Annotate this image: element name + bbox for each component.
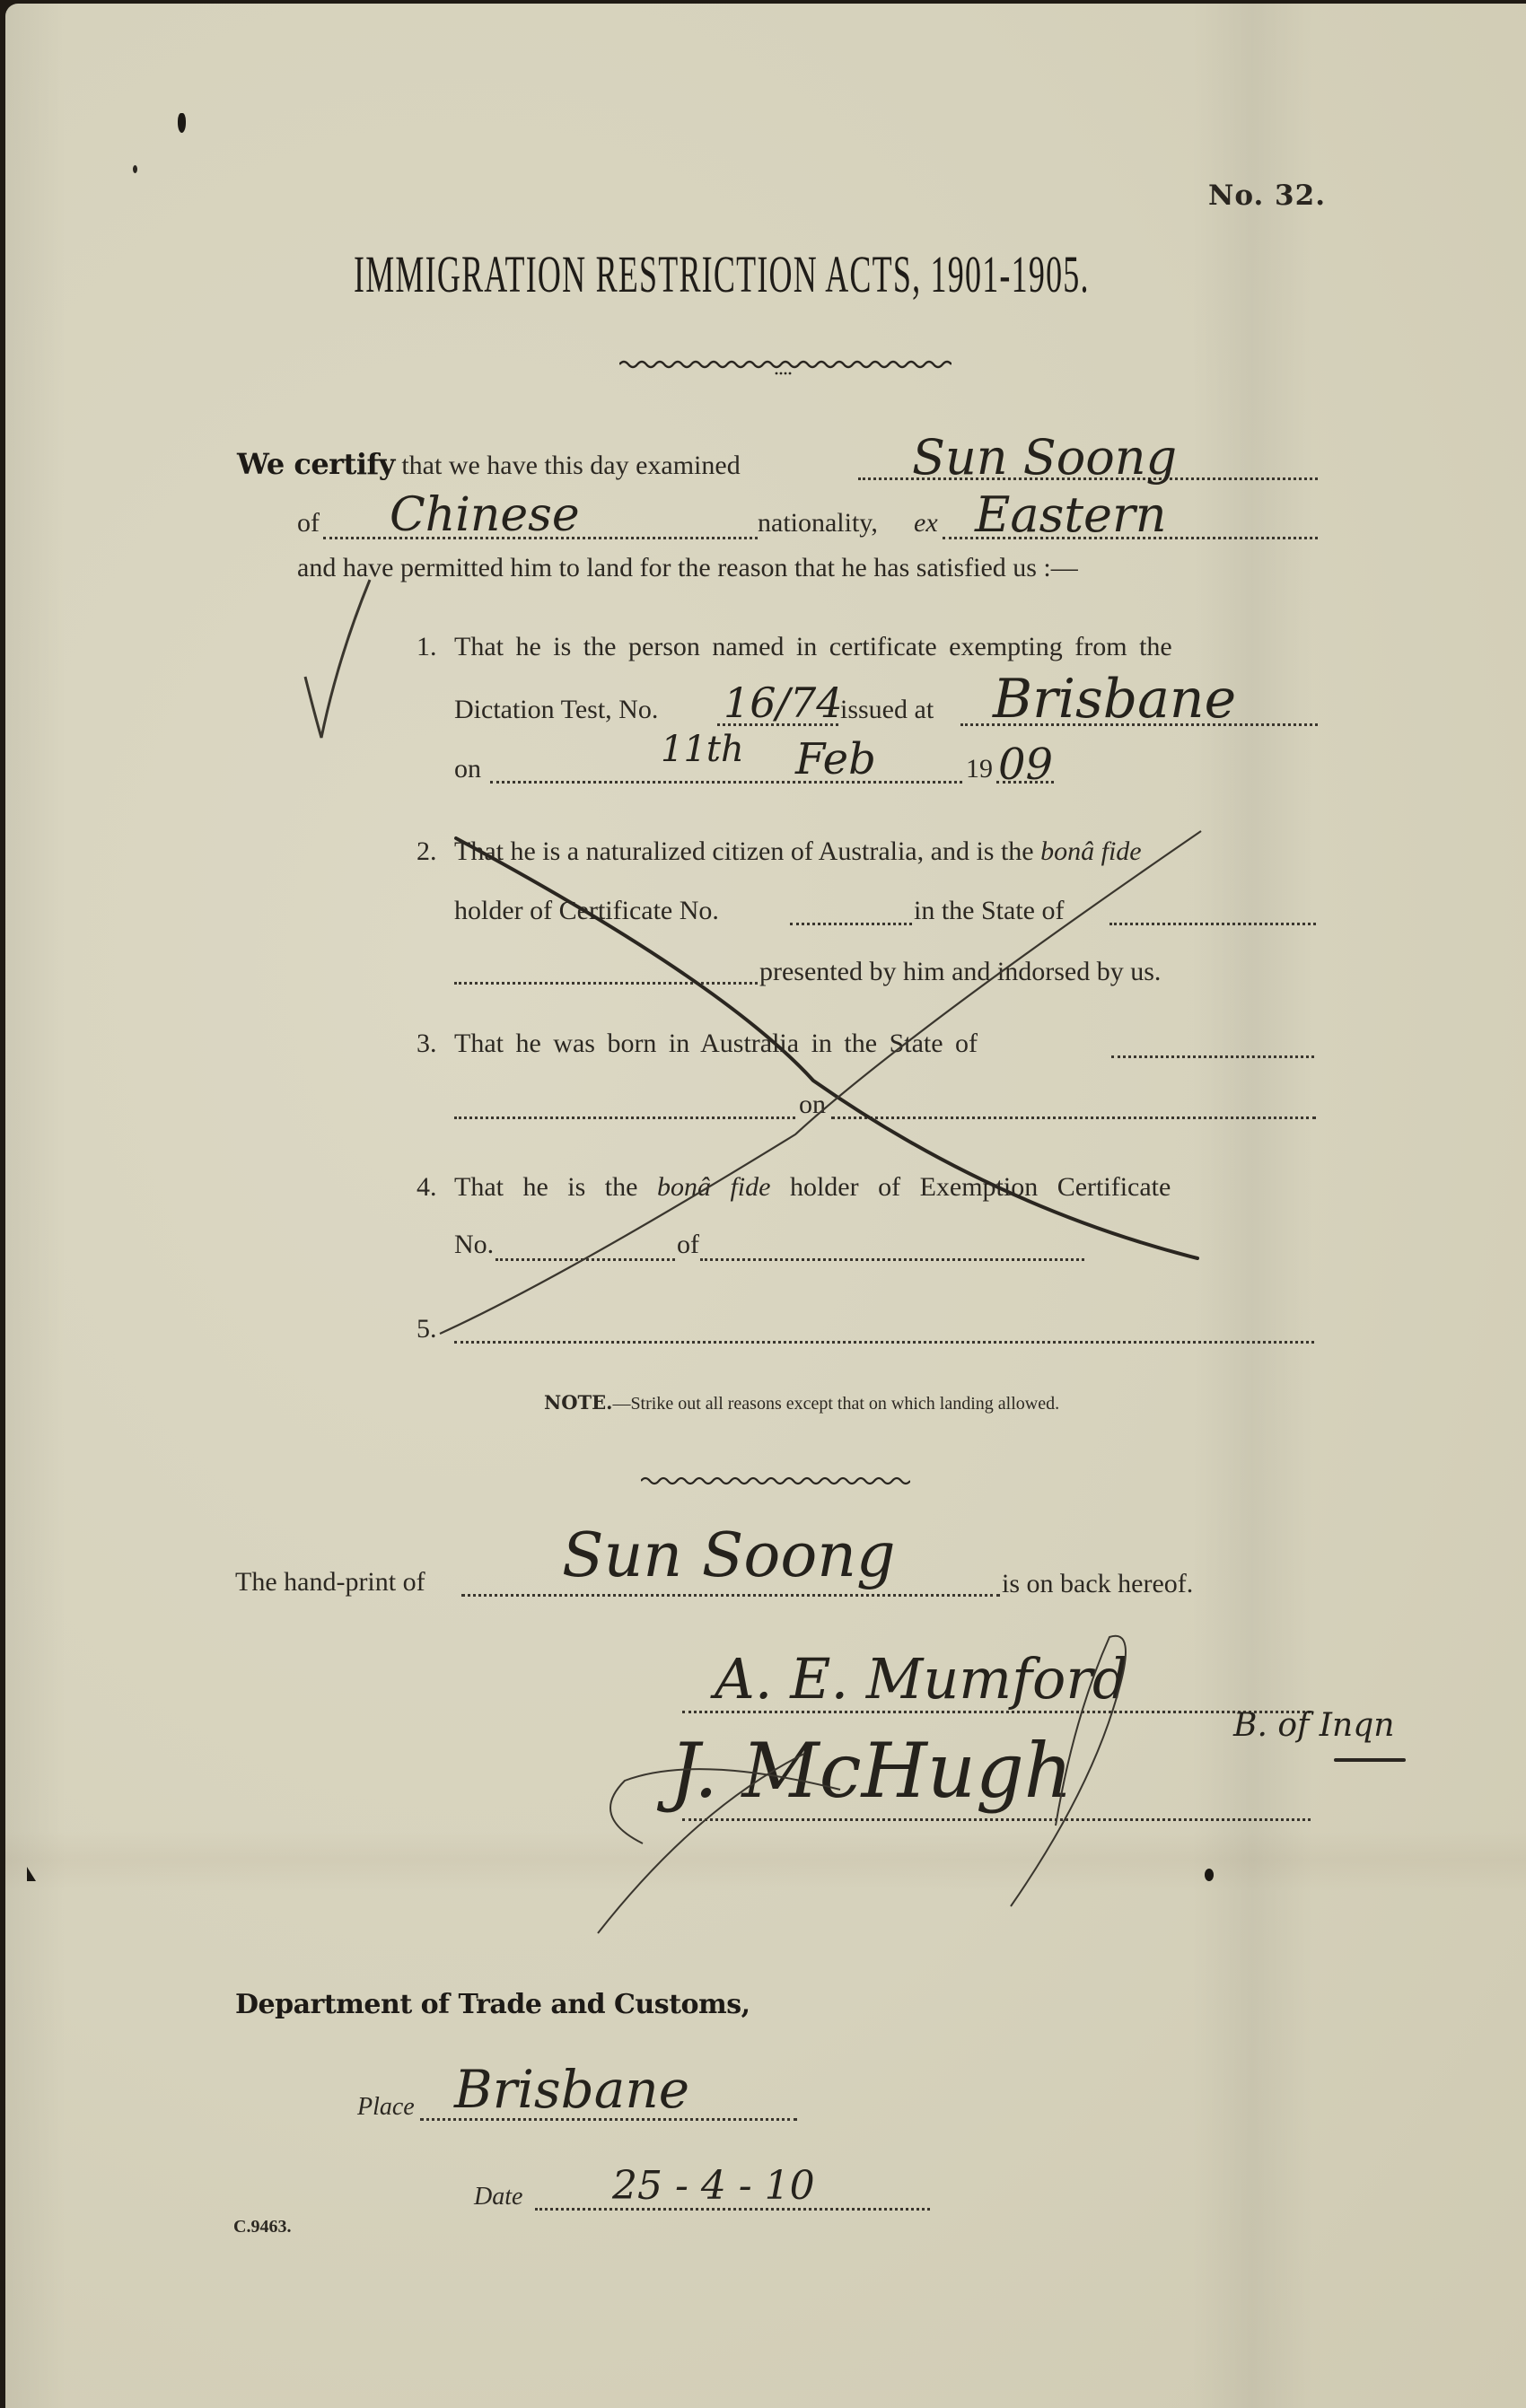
certify-line: We certify that we have this day examine…	[237, 447, 741, 481]
dictation-test-number-value: 16/74	[724, 679, 843, 727]
department-name: Department of Trade and Customs,	[235, 1989, 750, 2020]
reason-2-line2b: in the State of	[914, 896, 1064, 926]
reason-4-line1: That he is the bonâ fide holder of Exemp…	[454, 1172, 1171, 1203]
certify-text: that we have this day examined	[401, 451, 740, 480]
of-label: of	[297, 508, 320, 539]
pin-hole	[27, 1867, 36, 1881]
reason-4-number: 4.	[417, 1172, 437, 1203]
handprint-suffix: is on back hereof.	[1002, 1569, 1193, 1599]
reason-1-line1: That he is the person named in certifica…	[454, 632, 1172, 662]
date-value: 25 - 4 - 10	[612, 2163, 815, 2209]
date-label: Date	[474, 2183, 522, 2211]
pin-hole	[1205, 1869, 1214, 1881]
reason-2-line2a: holder of Certificate No.	[454, 896, 719, 926]
reason-1-number: 1.	[417, 632, 437, 662]
reason-4-no-label: No.	[454, 1230, 494, 1260]
document-page: No. 32. IMMIGRATION RESTRICTION ACTS, 19…	[5, 4, 1526, 2408]
checkmark-icon	[302, 578, 373, 744]
issued-at-value: Brisbane	[993, 668, 1236, 731]
reason-3-on-label: on	[799, 1090, 826, 1120]
decorative-rule	[641, 1475, 910, 1488]
nationality-label: nationality,	[758, 508, 878, 539]
place-label: Place	[357, 2093, 415, 2122]
reason-4-of-label: of	[677, 1230, 699, 1260]
certificate-no-field[interactable]	[790, 923, 912, 925]
handprint-name-value: Sun Soong	[562, 1520, 896, 1591]
decorative-rule	[619, 359, 952, 372]
note: NOTE.—Strike out all reasons except that…	[544, 1391, 1059, 1414]
issued-at-label: issued at	[840, 695, 934, 725]
reason-2-text-a: That he is a naturalized citizen of Aust…	[454, 836, 1034, 866]
birth-state-field[interactable]	[1111, 1055, 1314, 1058]
signature-1: A. E. Mumford	[715, 1646, 1128, 1712]
ex-label: ex	[914, 508, 938, 539]
on-label: on	[454, 754, 481, 784]
state-field[interactable]	[1109, 923, 1316, 925]
page-title: IMMIGRATION RESTRICTION ACTS, 1901-1905.	[354, 244, 1166, 304]
nationality-value: Chinese	[390, 488, 580, 542]
reason-2-number: 2.	[417, 836, 437, 867]
reason-3-number: 3.	[417, 1029, 437, 1059]
issued-day-value: 11th	[661, 729, 744, 770]
exemption-of-field[interactable]	[700, 1258, 1084, 1261]
handprint-name-field[interactable]	[461, 1594, 1000, 1597]
note-label: NOTE.	[544, 1391, 612, 1414]
issued-date-field[interactable]	[490, 781, 962, 784]
examined-name-value: Sun Soong	[912, 429, 1177, 486]
birth-date-field[interactable]	[831, 1116, 1316, 1119]
reason-4-bona-fide: bonâ fide	[657, 1172, 771, 1202]
issued-month-value: Feb	[795, 734, 876, 784]
signature-2: J. McHugh	[670, 1727, 1073, 1815]
handprint-prefix: The hand-print of	[235, 1567, 425, 1598]
form-number: No. 32.	[1208, 180, 1326, 212]
reason-4-text-a: That he is the	[454, 1172, 637, 1202]
permitted-text: and have permitted him to land for the r…	[297, 553, 1078, 583]
certify-lead: We certify	[237, 447, 395, 481]
reason-2-line1: That he is a naturalized citizen of Aust…	[454, 836, 1142, 867]
signature-line-2[interactable]	[682, 1818, 1311, 1821]
reason-4-text-c: holder of Exemption Certificate	[790, 1172, 1171, 1202]
ink-speck	[133, 165, 137, 173]
reason-3-line1: That he was born in Australia in the Sta…	[454, 1029, 978, 1059]
reason-5-field[interactable]	[454, 1341, 1314, 1344]
reason-1-line2-prefix: Dictation Test, No.	[454, 695, 658, 725]
issued-year-value: 09	[998, 740, 1053, 790]
reason-2-line3: presented by him and indorsed by us.	[759, 957, 1161, 987]
year-prefix: 19	[966, 754, 993, 784]
note-text: —Strike out all reasons except that on w…	[612, 1394, 1059, 1414]
title-underline	[1334, 1758, 1406, 1762]
birth-place-field[interactable]	[454, 1116, 795, 1119]
signature-title: B. of Inqn	[1233, 1707, 1394, 1744]
reason-5-number: 5.	[417, 1314, 437, 1344]
form-code: C.9463.	[233, 2217, 291, 2237]
place-value: Brisbane	[454, 2059, 689, 2120]
ink-speck	[178, 113, 186, 133]
ship-value: Eastern	[975, 486, 1167, 543]
presented-field[interactable]	[454, 982, 758, 985]
exemption-no-field[interactable]	[496, 1258, 675, 1261]
reason-2-bona-fide: bonâ fide	[1040, 836, 1142, 866]
